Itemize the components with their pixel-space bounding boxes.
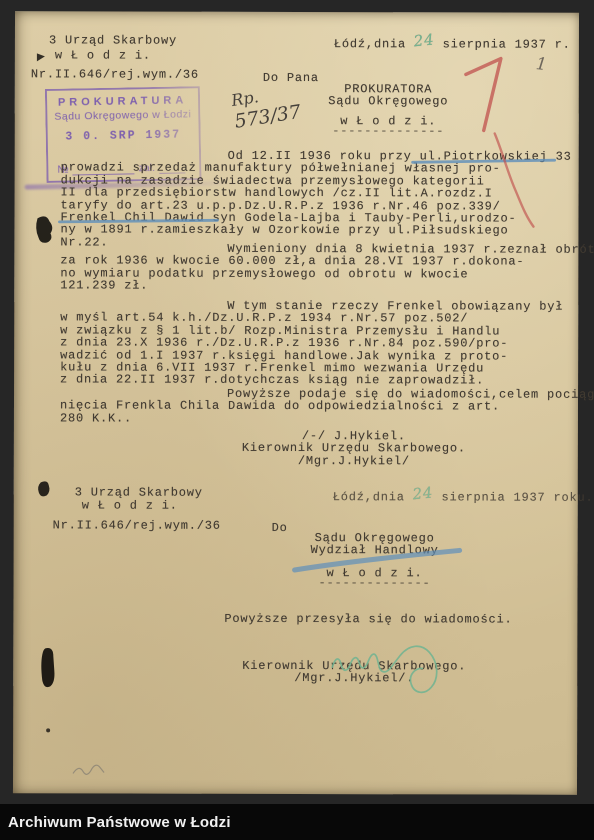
ink-blot-top (36, 216, 52, 242)
stamp-date: 3 0. SRP 1937 (48, 128, 199, 144)
handwritten-day-green: 24 (413, 33, 435, 47)
text-line: ny w 1891 r.zamieszkały w Ozorkowie przy… (60, 224, 571, 238)
registry-mark: Rp. 573/37 (230, 81, 303, 133)
pencil-scribble (73, 765, 104, 774)
text-line: nięcia Frenkla Chila Dawida do odpowiedz… (60, 400, 594, 414)
pencil-page-number: 1 (535, 54, 548, 75)
signature-2-name: /Mgr.J.Hykiel/. (239, 672, 469, 685)
ink-blot-middle (38, 481, 49, 496)
date-suffix-2: sierpnia 1937 roku. (441, 490, 593, 504)
archive-caption-bar: Archiwum Państwowe w Łodzi (0, 804, 594, 840)
reference-number-1: Nr.II.646/rej.wym./36 (31, 68, 199, 81)
paragraph-2: Wymieniony dnia 8 kwietnia 1937 r.zeznał… (60, 242, 594, 293)
sender-office-2-line2: w Ł o d z i. (82, 499, 178, 512)
handwritten-day-green-2: 24 (412, 486, 434, 500)
addressee-2-division: Wydział Handlowy (300, 544, 450, 557)
paragraph-4: Powyższe podaje się do wiadomości,celem … (60, 387, 594, 426)
date-line-1: Łódź,dnia 24 sierpnia 1937 r. (334, 36, 571, 51)
document-scan: 3 Urząd Skarbowy w Ł o d z i. Łódź,dnia … (13, 11, 579, 794)
sender-office-2-line1: 3 Urząd Skarbowy (75, 486, 203, 499)
text-line: z dnia 22.II 1937 r.dotychczas ksiąg nie… (60, 374, 563, 388)
date-line-2: Łódź,dnia 24 sierpnia 1937 roku. (333, 489, 594, 504)
sender-office-line1: 3 Urząd Skarbowy (49, 34, 177, 47)
archive-photo: { "colors": { "paper": "#d7c59c", "backg… (0, 0, 594, 840)
paragraph-1: Od 12.II 1936 roku przy ul.Piotrkowskiej… (60, 149, 571, 250)
date-prefix: Łódź,dnia (334, 37, 406, 51)
text-line: 121.239 zł. (60, 280, 594, 294)
paragraph-3: W tym stanie rzeczy Frenkel obowiązany b… (60, 299, 563, 387)
addressee-court: Sądu Okręgowego (306, 95, 471, 108)
addressee-dashes: -------------- (306, 125, 471, 138)
stamp-title: PROKURATURA (47, 94, 198, 109)
addressee-block-1: PROKURATORA Sądu Okręgowego w Ł o d z i.… (306, 83, 471, 138)
archive-caption-label: Archiwum Państwowe w Łodzi (0, 814, 231, 831)
red-crayon-one (466, 58, 501, 130)
signature-name: /Mgr.J.Hykiel/ (229, 455, 479, 468)
signature-block-2: Kierownik Urzędu Skarbowego. /Mgr.J.Hyki… (239, 660, 469, 685)
sender-office-line2: w Ł o d z i. (55, 49, 151, 62)
date-suffix: sierpnia 1937 r. (443, 37, 571, 51)
signature-block-1: /-/ J.Hykiel. Kierownik Urzędu Skarboweg… (229, 430, 479, 468)
text-line: 280 K.K.. (60, 412, 594, 426)
letter2-body: Powyższe przesyła się do wiadomości. (224, 613, 512, 626)
ink-dot (46, 728, 50, 732)
ink-blot-bottom (41, 648, 54, 687)
reference-number-2: Nr.II.646/rej.wym./36 (53, 519, 221, 532)
addressee-2-dashes: -------------- (300, 577, 450, 590)
addressee-block-2: Sądu Okręgowego Wydział Handlowy w Ł o d… (300, 532, 450, 590)
salutation-2: Do (272, 522, 288, 534)
ink-mark-sender (37, 53, 45, 61)
date-prefix-2: Łódź,dnia (333, 490, 405, 504)
stamp-subtitle: Sądu Okręgowego w Łodzi (47, 108, 198, 123)
